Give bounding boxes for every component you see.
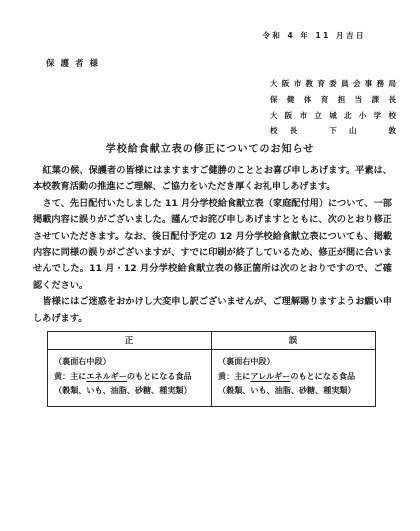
body-text: 紅葉の候、保護者の皆様にはますますご健勝のこととお喜び申しあげます。平素は、本校…: [33, 163, 392, 327]
table-header-row: 正 誤: [48, 332, 376, 350]
sender-department: 保健体育担当課長: [270, 92, 396, 108]
recipient-line: 保護者様: [46, 57, 104, 69]
cell-text-prefix: 黄：主に: [54, 371, 86, 381]
cell-text-underlined: アレルギー: [250, 371, 290, 381]
correction-table: 正 誤 （裏面右中段） 黄：主にエネルギーのもとになる食品（穀類、いも、油脂、砂…: [47, 331, 376, 407]
document-date: 令和 4 年 11 月吉日: [262, 30, 366, 41]
table-body-row: （裏面右中段） 黄：主にエネルギーのもとになる食品（穀類、いも、油脂、砂糖、種実…: [48, 350, 376, 407]
body-paragraph-greeting: 紅葉の候、保護者の皆様にはますますご健勝のこととお喜び申しあげます。平素は、本校…: [33, 163, 392, 196]
cell-text: 黄：主にアレルギーのもとになる食品（穀類、いも、油脂、砂糖、種実類）: [218, 370, 370, 398]
body-paragraph-apology: さて、先日配付いたしました 11 月分学校給食献立表（家庭配付用）について、一部…: [33, 196, 392, 294]
document-page: 令和 4 年 11 月吉日 保護者様 大阪市教育委員会事務局 保健体育担当課長 …: [0, 0, 420, 531]
cell-text-underlined: エネルギー: [86, 371, 126, 381]
table-header-correct: 正: [48, 332, 212, 350]
table-cell-correct: （裏面右中段） 黄：主にエネルギーのもとになる食品（穀類、いも、油脂、砂糖、種実…: [48, 350, 212, 407]
document-title: 学校給食献立表の修正についてのお知らせ: [0, 140, 420, 155]
cell-location: （裏面右中段）: [218, 355, 370, 369]
body-paragraph-closing: 皆様にはご迷惑をおかけし大変申し訳ございませんが、ご理解賜りますようお願い申しあ…: [33, 294, 392, 327]
sender-block: 大阪市教育委員会事務局 保健体育担当課長 大阪市立城北小学校 校長 下山 敦: [270, 76, 396, 139]
sender-school: 大阪市立城北小学校: [270, 108, 396, 124]
table-header-wrong: 誤: [212, 332, 376, 350]
cell-text-prefix: 黄：主に: [218, 371, 250, 381]
sender-principal: 校長 下山 敦: [270, 123, 396, 139]
table-cell-wrong: （裏面右中段） 黄：主にアレルギーのもとになる食品（穀類、いも、油脂、砂糖、種実…: [212, 350, 376, 407]
sender-organization: 大阪市教育委員会事務局: [270, 76, 396, 92]
cell-text: 黄：主にエネルギーのもとになる食品（穀類、いも、油脂、砂糖、種実類）: [54, 370, 206, 398]
cell-location: （裏面右中段）: [54, 355, 206, 369]
